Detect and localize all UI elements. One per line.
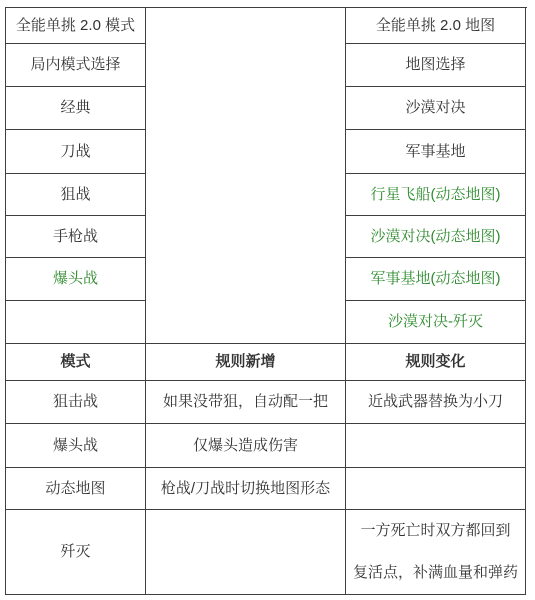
map-cell: 行星飞船(动态地图) [346,174,526,216]
rule-changed-cell [346,468,526,510]
map-section-title-cell: 全能单挑 2.0 地图 [346,8,526,44]
rule-mode-cell: 爆头战 [6,424,146,468]
rule-changed-line1: 一方死亡时双方都回到 [360,510,510,552]
header-cell-rules-added: 规则新增 [146,344,346,381]
mode-cell-empty [6,301,146,344]
rule-mode-cell: 动态地图 [6,468,146,510]
rule-added-cell [146,510,346,595]
mode-cell: 经典 [6,87,146,130]
mode-cell: 爆头战 [6,258,146,301]
mode-cell: 刀战 [6,130,146,174]
map-cell: 沙漠对决 [346,87,526,130]
rule-changed-line2: 复活点，补满血量和弹药 [353,552,518,594]
rule-added-cell: 仅爆头造成伤害 [146,424,346,468]
rule-changed-cell [346,424,526,468]
mode-cell: 狙战 [6,174,146,216]
map-cell: 沙漠对决-歼灭 [346,301,526,344]
merged-empty-cell [146,8,346,344]
mode-cell: 手枪战 [6,216,146,258]
rule-changed-cell: 一方死亡时双方都回到 复活点，补满血量和弹药 [346,510,526,595]
rule-mode-cell: 狙击战 [6,381,146,424]
map-cell: 军事基地 [346,130,526,174]
header-cell-rules-changed: 规则变化 [346,344,526,381]
rule-mode-cell: 歼灭 [6,510,146,595]
map-cell: 地图选择 [346,44,526,87]
rule-added-cell: 如果没带狙，自动配一把 [146,381,346,424]
rule-changed-cell: 近战武器替换为小刀 [346,381,526,424]
mode-cell: 局内模式选择 [6,44,146,87]
map-cell: 沙漠对决(动态地图) [346,216,526,258]
mode-section-title-cell: 全能单挑 2.0 模式 [6,8,146,44]
header-cell-mode: 模式 [6,344,146,381]
rule-added-cell: 枪战/刀战时切换地图形态 [146,468,346,510]
game-modes-rules-table: 全能单挑 2.0 模式 全能单挑 2.0 地图 局内模式选择 地图选择 经典 沙… [5,7,527,595]
map-cell: 军事基地(动态地图) [346,258,526,301]
